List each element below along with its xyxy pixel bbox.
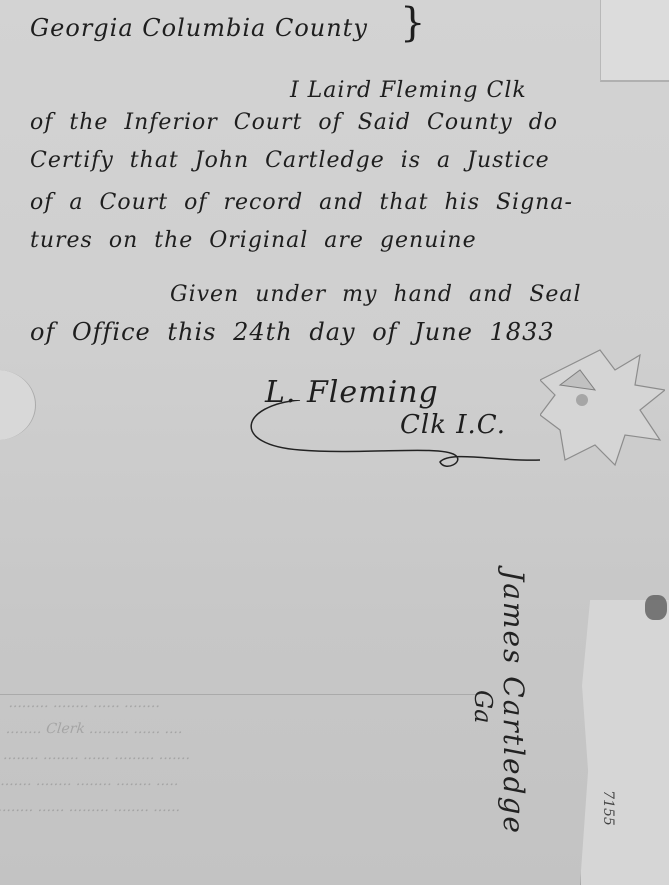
signature-flourish-icon bbox=[240, 400, 540, 470]
body-line-7-date: of Office this 24th day of June 1833 bbox=[30, 318, 555, 346]
folded-paper-corner bbox=[600, 0, 669, 82]
heading-brace: } bbox=[400, 0, 426, 46]
body-line-2: of the Inferior Court of Said County do bbox=[30, 110, 558, 135]
body-line-5: tures on the Original are genuine bbox=[30, 228, 477, 253]
body-line-4: of a Court of record and that his Signa- bbox=[30, 190, 573, 215]
torn-paper-edge bbox=[580, 600, 669, 885]
body-line-6: Given under my hand and Seal bbox=[170, 282, 582, 307]
docket-number: 7155 bbox=[600, 790, 616, 826]
docket-note: James Cartledge Ga bbox=[469, 570, 530, 835]
docket-name: James Cartledge bbox=[497, 570, 530, 835]
wafer-seal-icon bbox=[540, 345, 665, 470]
docket-place: Ga bbox=[469, 690, 497, 835]
document-heading: Georgia Columbia County bbox=[30, 14, 368, 42]
paper-fold-left bbox=[0, 370, 36, 440]
body-line-1: I Laird Fleming Clk bbox=[290, 78, 527, 103]
dark-stain bbox=[645, 595, 667, 620]
scanned-document-page: Georgia Columbia County } I Laird Flemin… bbox=[0, 0, 669, 885]
body-line-3: Certify that John Cartledge is a Justice bbox=[30, 148, 550, 173]
